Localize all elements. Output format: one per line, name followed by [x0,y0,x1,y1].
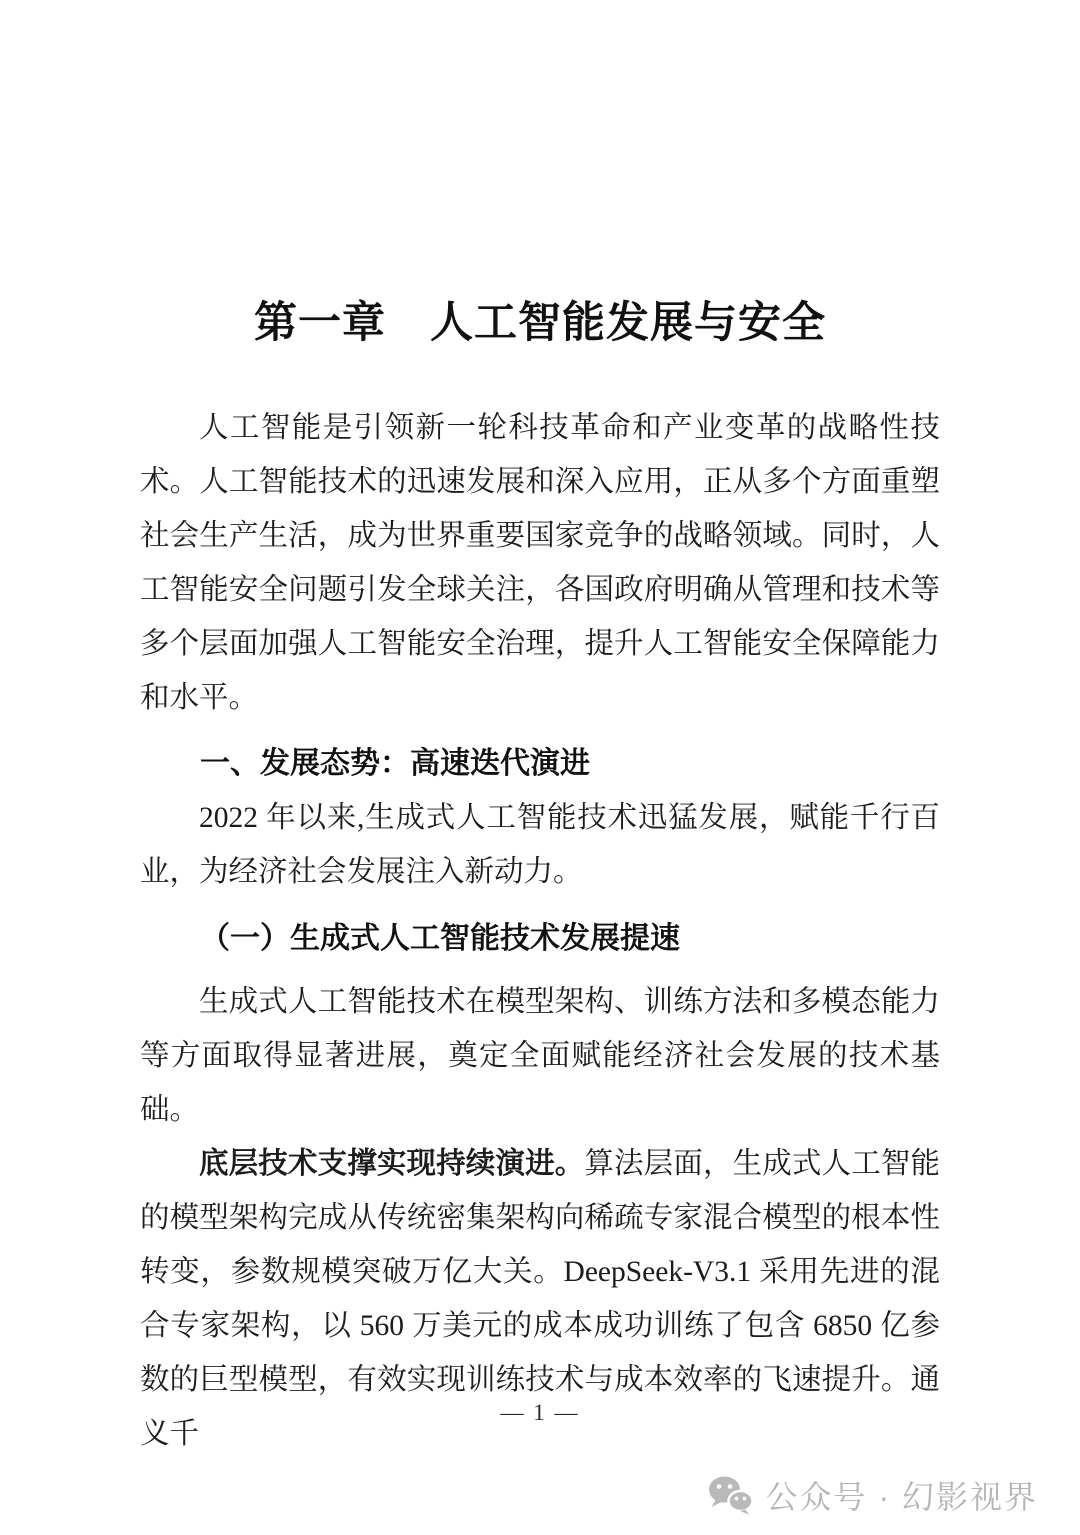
paragraph-intro: 人工智能是引领新一轮科技革命和产业变革的战略性技术。人工智能技术的迅速发展和深入… [140,401,940,725]
paragraph-genai-progress: 生成式人工智能技术在模型架构、训练方法和多模态能力等方面取得显著进展，奠定全面赋… [140,975,940,1137]
watermark-label: 公众号 · 幻影视界 [766,1472,1038,1518]
paragraph-tech-bold-lead: 底层技术支撑实现持续演进。 [199,1147,584,1180]
wechat-icon [707,1475,754,1515]
watermark: 公众号 · 幻影视界 [707,1472,1038,1518]
page-number: — 1 — [0,1400,1080,1426]
page-content: 第一章 人工智能发展与安全 人工智能是引领新一轮科技革命和产业变革的战略性技术。… [140,293,940,1461]
section-1-heading: 一、发展态势：高速迭代演进 [140,741,940,787]
paragraph-trend: 2022 年以来,生成式人工智能技术迅猛发展，赋能千行百业，为经济社会发展注入新… [140,791,940,899]
subsection-1-heading: （一）生成式人工智能技术发展提速 [140,917,940,961]
chapter-title: 第一章 人工智能发展与安全 [140,293,940,355]
document-page: 第一章 人工智能发展与安全 人工智能是引领新一轮科技革命和产业变革的战略性技术。… [0,0,1080,1535]
